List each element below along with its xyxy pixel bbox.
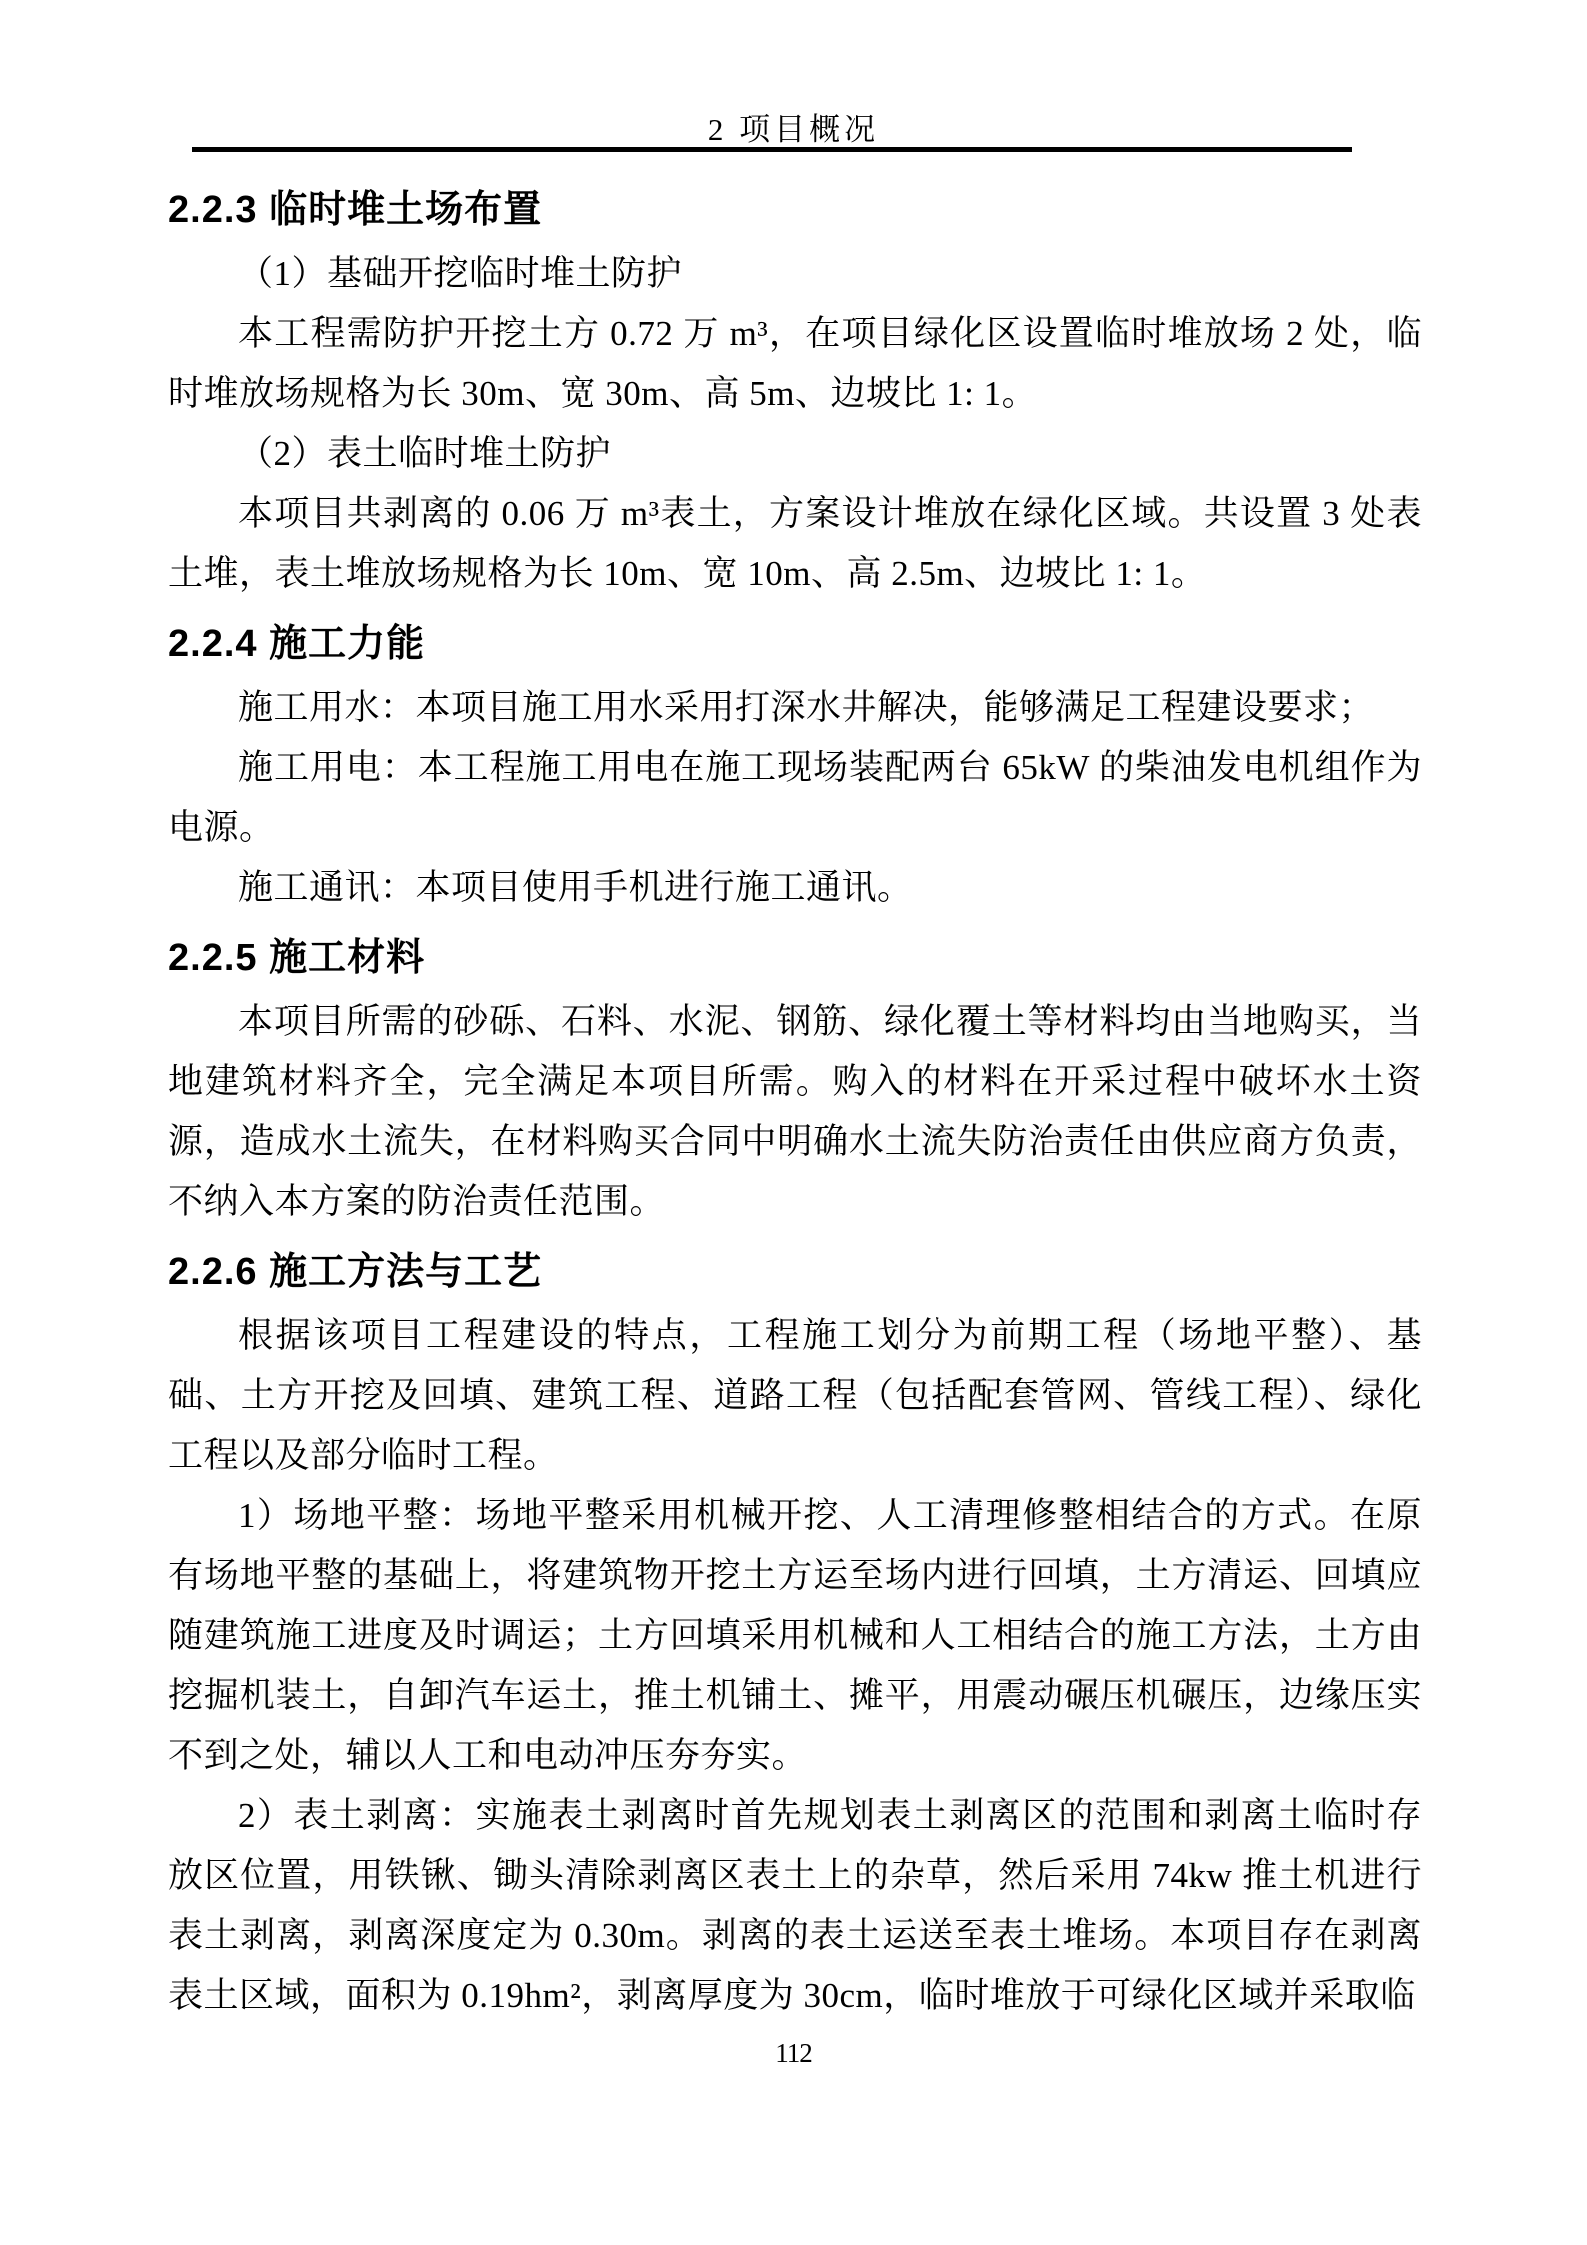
para-construction-power: 施工用电：本工程施工用电在施工现场装配两台 65kW 的柴油发电机组作为电源。	[168, 738, 1422, 858]
section-heading-2-2-4: 2.2.4 施工力能	[168, 618, 1422, 670]
page-header-title: 2 项目概况	[0, 104, 1587, 149]
para-topsoil-stockpile-protection: 本项目共剥离的 0.06 万 m³表土，方案设计堆放在绿化区域。共设置 3 处表…	[168, 484, 1422, 604]
para-site-leveling: 1）场地平整：场地平整采用机械开挖、人工清理修整相结合的方式。在原有场地平整的基…	[168, 1486, 1422, 1786]
para-construction-materials: 本项目所需的砂砾、石料、水泥、钢筋、绿化覆土等材料均由当地购买，当地建筑材料齐全…	[168, 992, 1422, 1232]
document-page: 2 项目概况 2.2.3 临时堆土场布置 （1）基础开挖临时堆土防护 本工程需防…	[0, 0, 1587, 2245]
para-construction-method-overview: 根据该项目工程建设的特点，工程施工划分为前期工程（场地平整）、基础、土方开挖及回…	[168, 1306, 1422, 1486]
para-excavation-stockpile-protection: 本工程需防护开挖土方 0.72 万 m³，在项目绿化区设置临时堆放场 2 处，临…	[168, 304, 1422, 424]
list-label-foundation-excavation: （1）基础开挖临时堆土防护	[168, 244, 1422, 304]
para-topsoil-stripping: 2）表土剥离：实施表土剥离时首先规划表土剥离区的范围和剥离土临时存放区位置，用铁…	[168, 1786, 1422, 2026]
section-heading-2-2-6: 2.2.6 施工方法与工艺	[168, 1246, 1422, 1298]
para-construction-telecom: 施工通讯：本项目使用手机进行施工通讯。	[168, 858, 1422, 918]
page-number: 112	[0, 2038, 1587, 2069]
document-content: 2.2.3 临时堆土场布置 （1）基础开挖临时堆土防护 本工程需防护开挖土方 0…	[168, 170, 1422, 2032]
section-heading-2-2-5: 2.2.5 施工材料	[168, 932, 1422, 984]
para-construction-water: 施工用水：本项目施工用水采用打深水井解决，能够满足工程建设要求；	[168, 678, 1422, 738]
header-rule	[192, 147, 1352, 152]
section-heading-2-2-3: 2.2.3 临时堆土场布置	[168, 184, 1422, 236]
list-label-topsoil-stockpile: （2）表土临时堆土防护	[168, 424, 1422, 484]
